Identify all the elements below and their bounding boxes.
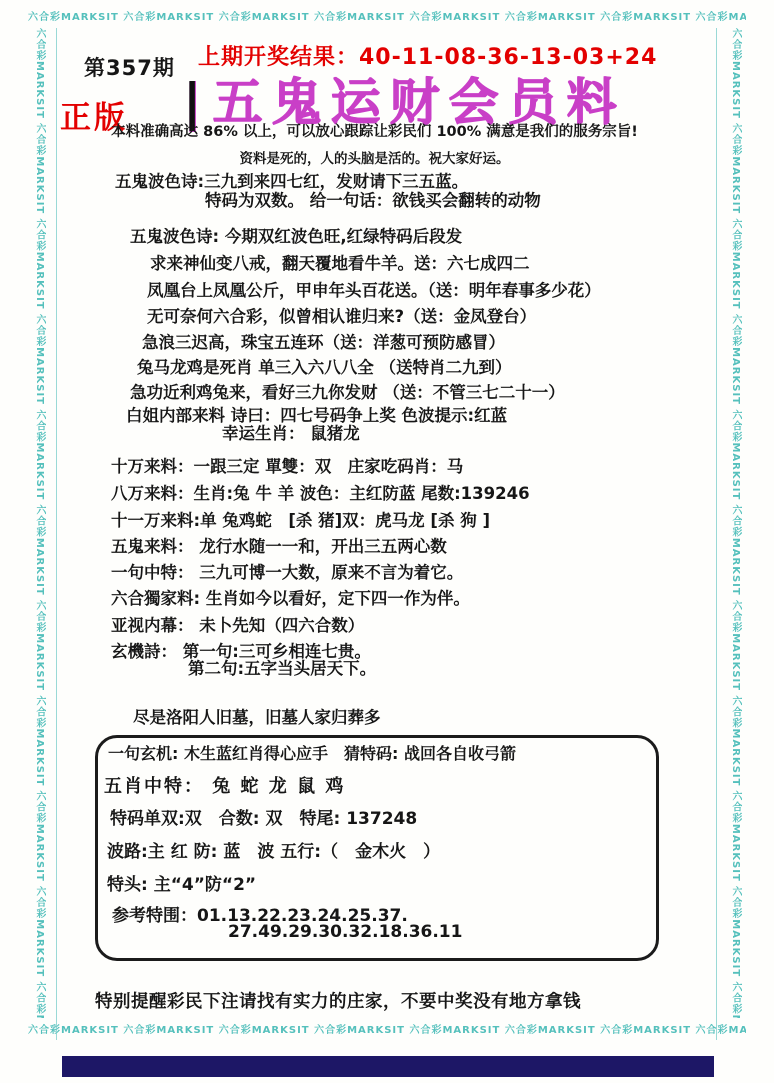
watermark-left-column: 六合彩MARKSIT 六合彩MARKSIT 六合彩MARKSIT 六合彩MARK… <box>27 28 51 1018</box>
watermark-top-row: 六合彩MARKSIT 六合彩MARKSIT 六合彩MARKSIT 六合彩MARK… <box>28 10 746 25</box>
tip-line-luoyang-verse: 尽是洛阳人旧墓，旧墓人家归葬多 <box>133 704 381 728</box>
box-line-five-zodiac: 五肖中特： 兔 蛇 龙 鼠 鸡 <box>104 772 345 798</box>
tip-line-verse-6: 急功近利鸡兔来，看好三九你发财 （送：不管三七二十一） <box>130 379 565 403</box>
tip-line-verse-2: 凤凰台上凤凰公斤，甲申年头百花送。（送：明年春事多少花） <box>147 277 601 301</box>
tip-line-verse-4: 急浪三迟高，珠宝五连环（送：洋葱可预防感冒） <box>142 329 505 353</box>
tip-line-verse-1: 求来神仙变八戒，翻天覆地看牛羊。送：六七成四二 <box>150 250 530 274</box>
tip-line-verse-5: 兔马龙鸡是死肖 单三入六八八全 （送特肖二九到） <box>137 354 512 378</box>
tip-line-verse-3: 无可奈何六合彩，似曾相认谁归来?（送：金凤登台） <box>147 303 536 327</box>
tip-line-atv-insider: 亚视内幕： 未卜先知（四六合数） <box>111 612 364 636</box>
tip-line-exclusive-material: 六合獨家料: 生肖如今以看好，定下四一作为伴。 <box>111 585 470 609</box>
tip-line-five-ghost-material: 五鬼来料： 龙行水随一一和，开出三五两心数 <box>111 533 447 557</box>
box-line-reference-numbers-2: 27.49.29.30.32.18.36.11 <box>228 922 462 942</box>
accuracy-slogan: 本料准确高达 86% 以上，可以放心跟踪让彩民们 100% 满意是我们的服务宗旨… <box>60 120 689 141</box>
tip-line-wave-poem-1b: 特码为双数。 给一句话：欲钱买会翻转的动物 <box>205 187 541 211</box>
luck-slogan: 资料是死的，人的头脑是活的。祝大家好运。 <box>60 147 689 167</box>
tip-line-one-sentence-special: 一句中特： 三九可博一大数，原来不言为着它。 <box>111 559 463 583</box>
watermark-right-column: 六合彩MARKSIT 六合彩MARKSIT 六合彩MARKSIT 六合彩MARK… <box>723 28 747 1018</box>
watermark-bottom-row: 六合彩MARKSIT 六合彩MARKSIT 六合彩MARKSIT 六合彩MARK… <box>28 1023 746 1038</box>
tip-line-wave-poem-2: 五鬼波色诗: 今期双红波色旺,红绿特码后段发 <box>130 223 462 247</box>
tip-line-80k-material: 八万来料：生肖:兔 牛 羊 波色：主红防蓝 尾数:139246 <box>111 480 530 504</box>
bottom-bar <box>62 1056 714 1077</box>
issue-number: 第357期 <box>84 52 175 82</box>
tip-line-lucky-zodiac: 幸运生肖： 鼠猪龙 <box>222 420 360 444</box>
box-line-special-head: 特头: 主“4”防“2” <box>107 870 256 895</box>
reminder-text: 特别提醒彩民下注请找有实力的庄家，不要中奖没有地方拿钱 <box>95 988 581 1013</box>
tip-line-110k-material: 十一万来料:单 兔鸡蛇 [杀 猪]双：虎马龙 [杀 狗 ] <box>111 507 490 531</box>
tip-line-mystery-poem-2: 第二句:五字当头居天下。 <box>188 655 376 679</box>
tip-line-100k-material: 十万来料：一跟三定 單雙：双 庄家吃码肖：马 <box>111 453 463 477</box>
left-border-line <box>56 28 57 1040</box>
box-line-odd-even: 特码单双:双 合数: 双 特尾: 137248 <box>110 804 417 829</box>
tip-sheet-page: 六合彩MARKSIT 六合彩MARKSIT 六合彩MARKSIT 六合彩MARK… <box>0 0 774 1083</box>
right-border-line <box>716 28 717 1040</box>
box-line-wave-path: 波路:主 红 防: 蓝 波 五行:（ 金木火 ） <box>107 837 440 862</box>
box-line-mystery: 一句玄机: 木生蓝红肖得心应手 猜特码: 战回各自收弓箭 <box>108 741 516 764</box>
